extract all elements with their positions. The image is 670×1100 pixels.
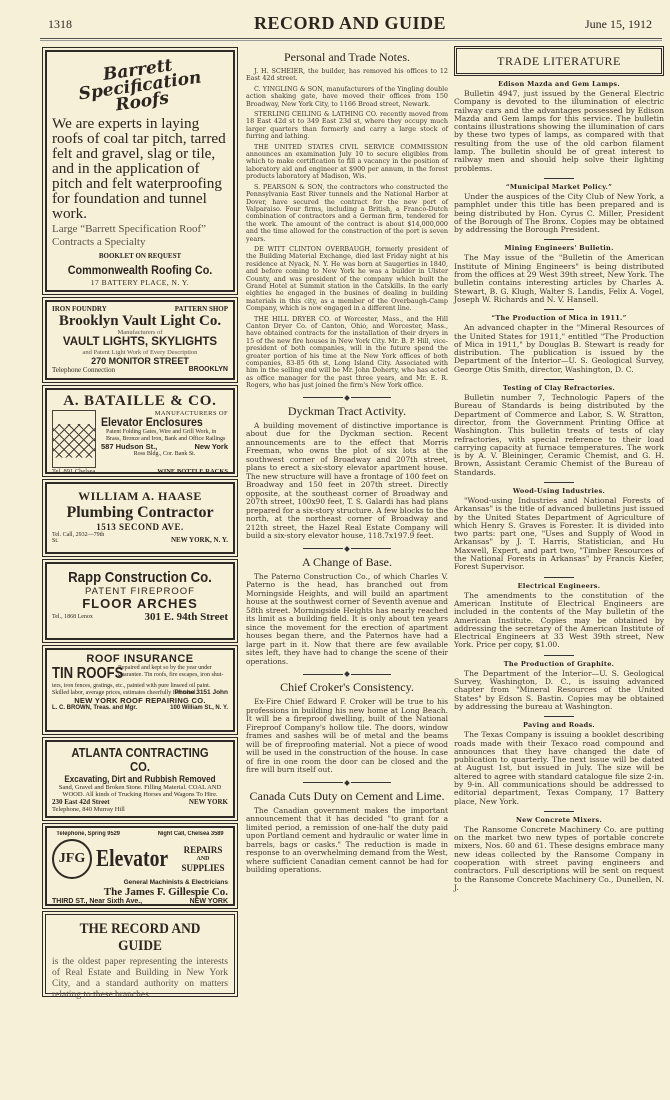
ad-trades: General Machinists & Electricians <box>52 879 228 886</box>
article-paragraph: The Paterno Construction Co., of which C… <box>246 573 448 667</box>
trade-item: Paving and Roads. The Texas Company is i… <box>454 716 664 806</box>
ad-brooklyn-vault-light: IRON FOUNDRY PATTERN SHOP Brooklyn Vault… <box>45 300 235 380</box>
trade-item: The Production of Graphite. The Departme… <box>454 655 664 711</box>
ad-street: 270 MONITOR STREET <box>52 356 228 366</box>
article-dyckman: Dyckman Tract Activity. A building movem… <box>246 404 448 541</box>
article-paragraph: THE HILL DRYER CO. of Worcester, Mass., … <box>246 316 448 390</box>
trade-item: Wood-Using Industries. "Wood-using Indus… <box>454 482 664 572</box>
item-text: An advanced chapter in the "Mineral Reso… <box>454 324 664 374</box>
ad-sub: Excavating, Dirt and Rubbish Removed <box>61 774 219 784</box>
section-ornament <box>246 396 448 400</box>
elevator-gate-illustration-icon <box>52 410 96 468</box>
ad-supplies: SUPPLIES <box>178 864 228 873</box>
article-paragraph: A building movement of distinctive impor… <box>246 422 448 541</box>
ad-name: WILLIAM A. HAASE <box>52 489 228 504</box>
ad-ross: Ross Bldg., Cor. Bank St. <box>101 451 228 457</box>
ad-description: Sand, Gravel and Broken Stone. Filling M… <box>52 784 228 798</box>
ad-tel: Tel. 891 Chelsea <box>52 468 95 475</box>
ad-tel-day: Telephone, Spring 9529 <box>56 831 120 837</box>
ad-roof-insurance: ROOF INSURANCE TIN ROOFS Repaired and ke… <box>45 648 235 732</box>
ad-company: NEW YORK ROOF REPAIRING CO. <box>52 696 228 705</box>
separator <box>544 309 574 310</box>
item-title: The Production of Graphite. <box>454 660 664 668</box>
section-title: TRADE LITERATURE <box>456 48 662 74</box>
separator <box>544 379 574 380</box>
ad-tin-row: TIN ROOFS Repaired and kept so by the ye… <box>52 665 228 683</box>
ad-record-and-guide-house: THE RECORD AND GUIDE is the oldest paper… <box>45 914 235 994</box>
item-title: Electrical Engineers. <box>454 582 664 590</box>
ad-company: The James F. Gillespie Co. <box>52 886 228 898</box>
trade-item: “Municipal Market Policy.” Under the aus… <box>454 178 664 234</box>
ad-atlanta-contracting: ATLANTA CONTRACTING CO. Excavating, Dirt… <box>45 740 235 818</box>
ad-street: 230 East 42d Street <box>52 798 110 806</box>
ad-tel: Tel., 1868 Lenox <box>52 614 93 620</box>
ad-company: A. BATAILLE & CO. <box>52 393 228 410</box>
section-ornament <box>246 547 448 551</box>
article-paragraph: S. PEARSON & SON, the contractors who co… <box>246 184 448 243</box>
ad-street: 587 Hudson St., <box>101 442 157 451</box>
ad-products: VAULT LIGHTS, SKYLIGHTS <box>52 336 228 349</box>
article-title: Dyckman Tract Activity. <box>246 404 448 419</box>
ad-footer: L. C. BROWN, Treas. and Mgr. 100 William… <box>52 705 228 711</box>
ad-company: Brooklyn Vault Light Co. <box>52 313 228 329</box>
item-text: The Department of the Interior—U. S. Geo… <box>454 670 664 711</box>
ad-footer: Tel. 891 Chelsea WINE BOTTLE RACKS <box>52 468 228 475</box>
ad-address: 17 BATTERY PLACE, N. Y. <box>52 278 228 287</box>
ad-barrett-roofs: Barrett Specification Roofs We are exper… <box>45 50 235 292</box>
page-header: 1318 RECORD AND GUIDE June 15, 1912 <box>40 13 660 35</box>
ad-title: ROOF INSURANCE <box>52 653 228 665</box>
item-title: “Municipal Market Policy.” <box>454 183 664 191</box>
ad-city: New York <box>195 442 229 451</box>
ad-haase-plumbing: WILLIAM A. HAASE Plumbing Contractor 151… <box>45 482 235 554</box>
ad-officer: L. C. BROWN, Treas. and Mgr. <box>52 705 137 711</box>
ad-manufacturers-of: Manufacturers of <box>52 329 228 336</box>
item-title: Mining Engineers' Bulletin. <box>454 244 664 252</box>
item-text: The Ransome Concrete Machinery Co. are p… <box>454 826 664 892</box>
separator <box>544 716 574 717</box>
ad-tin: TIN ROOFS <box>52 665 106 683</box>
article-paragraph: STERLING CEILING & LATHING CO. recently … <box>246 111 448 141</box>
ad-phone: Telephone Connection <box>52 366 115 374</box>
ad-body: We are experts in laying roofs of coal t… <box>52 116 228 221</box>
ad-phone: Telephone, 840 Murray Hill <box>52 806 228 813</box>
ad-address-row: 230 East 42d Street NEW YORK <box>52 798 228 806</box>
ad-tel-night: Night Call, Chelsea 3589 <box>158 831 224 837</box>
item-text: The May issue of the "Bulletin of the Am… <box>454 254 664 304</box>
article-paragraph: THE UNITED STATES CIVIL SERVICE COMMISSI… <box>246 144 448 181</box>
article-change-of-base: A Change of Base. The Paterno Constructi… <box>246 555 448 667</box>
ad-products-sub: and Patent Light Work of Every Descripti… <box>52 349 228 356</box>
item-text: The amendments to the constitution of th… <box>454 592 664 650</box>
item-text: Bulletin 4947, just issued by the Genera… <box>454 90 664 173</box>
item-title: Testing of Clay Refractories. <box>454 384 664 392</box>
ad-tags: IRON FOUNDRY PATTERN SHOP <box>52 305 228 313</box>
ad-address: 100 William St., N. Y. <box>170 705 228 711</box>
item-title: Wood-Using Industries. <box>454 487 664 495</box>
trade-item: “The Production of Mica in 1911.” An adv… <box>454 309 664 374</box>
ad-body-secondary: Large “Barrett Specification Roof” Contr… <box>52 223 228 249</box>
ad-booklet: BOOKLET ON REQUEST <box>52 252 228 260</box>
ad-city: BROOKLYN <box>189 366 228 374</box>
ad-title: THE RECORD AND GUIDE <box>59 921 221 955</box>
article-paragraph: Ex-Fire Chief Edward F. Croker will be t… <box>246 698 448 775</box>
ad-content: MANUFACTURERS OF Elevator Enclosures Pat… <box>52 410 228 468</box>
ad-company: Commonwealth Roofing Co. <box>61 263 219 277</box>
ad-main: JFG Elevator REPAIRS AND SUPPLIES <box>52 839 228 879</box>
news-column: Personal and Trade Notes. J. H. SCHEIER,… <box>246 46 448 878</box>
ad-company: ATLANTA CONTRACTING CO. <box>61 746 219 774</box>
ad-city: NEW YORK, N. Y. <box>171 536 228 544</box>
ad-tel: Tel. Call, 2932—79th St. <box>52 532 112 544</box>
ad-tag-left: IRON FOUNDRY <box>52 305 107 313</box>
section-ornament <box>246 781 448 785</box>
ad-tag-right: PATTERN SHOP <box>175 305 228 313</box>
section-ornament <box>246 672 448 676</box>
ad-text: is the oldest paper representing the int… <box>52 957 228 1001</box>
article-canada: Canada Cuts Duty on Cement and Lime. The… <box>246 789 448 875</box>
ad-product: Elevator Enclosures <box>101 417 218 429</box>
item-title: New Concrete Mixers. <box>454 816 664 824</box>
ad-phones: Telephone, Spring 9529 Night Call, Chels… <box>56 831 223 837</box>
article-personal-trade-notes: Personal and Trade Notes. J. H. SCHEIER,… <box>246 50 448 390</box>
ad-gillespie-elevator: Telephone, Spring 9529 Night Call, Chels… <box>45 826 235 906</box>
item-text: Bulletin number 7, Technologic Papers of… <box>454 394 664 477</box>
trade-literature-column: TRADE LITERATURE Edison Mazda and Gem La… <box>454 46 664 892</box>
separator <box>544 811 574 812</box>
article-paragraph: DE WITT CLINTON OVERBAUGH, formerly pres… <box>246 246 448 313</box>
ad-line2: FLOOR ARCHES <box>52 597 228 611</box>
ad-racks: WINE BOTTLE RACKS <box>157 468 228 475</box>
separator <box>544 655 574 656</box>
issue-date: June 15, 1912 <box>585 17 652 32</box>
jfg-logo-icon: JFG <box>52 839 92 879</box>
masthead: RECORD AND GUIDE <box>40 13 660 34</box>
ad-repairs: REPAIRS <box>178 846 228 855</box>
article-title: Chief Croker's Consistency. <box>246 680 448 695</box>
trade-item: New Concrete Mixers. The Ransome Concret… <box>454 811 664 892</box>
header-rule <box>40 38 662 39</box>
item-title: Paving and Roads. <box>454 721 664 729</box>
article-paragraph: The Canadian government makes the import… <box>246 807 448 875</box>
ad-description: Patent Folding Gates, Wire and Grill Wor… <box>101 429 228 442</box>
ad-right: MANUFACTURERS OF Elevator Enclosures Pat… <box>101 410 228 468</box>
ad-trade: Plumbing Contractor <box>52 504 228 522</box>
ad-company: Rapp Construction Co. <box>63 569 218 586</box>
separator <box>544 482 574 483</box>
ad-footer: Tel., 1868 Lenox 301 E. 94th Street <box>52 611 228 623</box>
article-croker: Chief Croker's Consistency. Ex-Fire Chie… <box>246 680 448 775</box>
ad-city: NEW YORK <box>190 898 228 905</box>
separator <box>544 178 574 179</box>
trade-item: Edison Mazda and Gem Lamps. Bulletin 494… <box>454 80 664 173</box>
ad-footer: Telephone Connection BROOKLYN <box>52 366 228 374</box>
trade-item: Mining Engineers' Bulletin. The May issu… <box>454 239 664 304</box>
ad-desc1: Repaired and kept so by the year under g… <box>118 665 228 678</box>
ad-city: NEW YORK <box>189 798 228 806</box>
item-title: Edison Mazda and Gem Lamps. <box>454 80 664 88</box>
article-paragraph: C. YINGLING & SON, manufacturers of the … <box>246 86 448 108</box>
item-title: “The Production of Mica in 1911.” <box>454 314 664 322</box>
advertisements-column: Barrett Specification Roofs We are exper… <box>42 46 238 1002</box>
ad-footer: THIRD ST., Near Sixth Ave., NEW YORK <box>52 898 228 905</box>
ad-street: THIRD ST., Near Sixth Ave., <box>52 898 142 905</box>
ad-address: 301 E. 94th Street <box>144 611 228 623</box>
item-text: "Wood-using Industries and National Fore… <box>454 497 664 572</box>
item-text: The Texas Company is issuing a booklet d… <box>454 731 664 806</box>
article-paragraph: J. H. SCHEIER, the builder, has removed … <box>246 68 448 83</box>
ad-rapp-construction: Rapp Construction Co. PATENT FIREPROOF F… <box>45 562 235 640</box>
header-rule-secondary <box>40 40 662 41</box>
ad-footer: Tel. Call, 2932—79th St. NEW YORK, N. Y. <box>52 532 228 544</box>
trade-item: Testing of Clay Refractories. Bulletin n… <box>454 379 664 477</box>
ad-address-row: 587 Hudson St., New York <box>101 442 228 451</box>
ad-manufacturers-of: MANUFACTURERS OF <box>101 410 228 417</box>
newspaper-page: 1318 RECORD AND GUIDE June 15, 1912 Barr… <box>0 0 670 1100</box>
ad-repairs-supplies: REPAIRS AND SUPPLIES <box>178 846 228 873</box>
trade-item: Electrical Engineers. The amendments to … <box>454 577 664 650</box>
ad-bataille: A. BATAILLE & CO. MANUFACTURERS OF Eleva… <box>45 388 235 474</box>
item-text: Under the auspices of the City Club of N… <box>454 193 664 234</box>
ad-word: Elevator <box>96 846 163 873</box>
ad-address: 1513 SECOND AVE. <box>52 522 228 532</box>
separator <box>544 577 574 578</box>
article-title: A Change of Base. <box>246 555 448 570</box>
ad-script-title: Barrett Specification Roofs <box>50 50 231 122</box>
separator <box>544 239 574 240</box>
article-title: Personal and Trade Notes. <box>246 50 448 65</box>
article-title: Canada Cuts Duty on Cement and Lime. <box>246 789 448 804</box>
